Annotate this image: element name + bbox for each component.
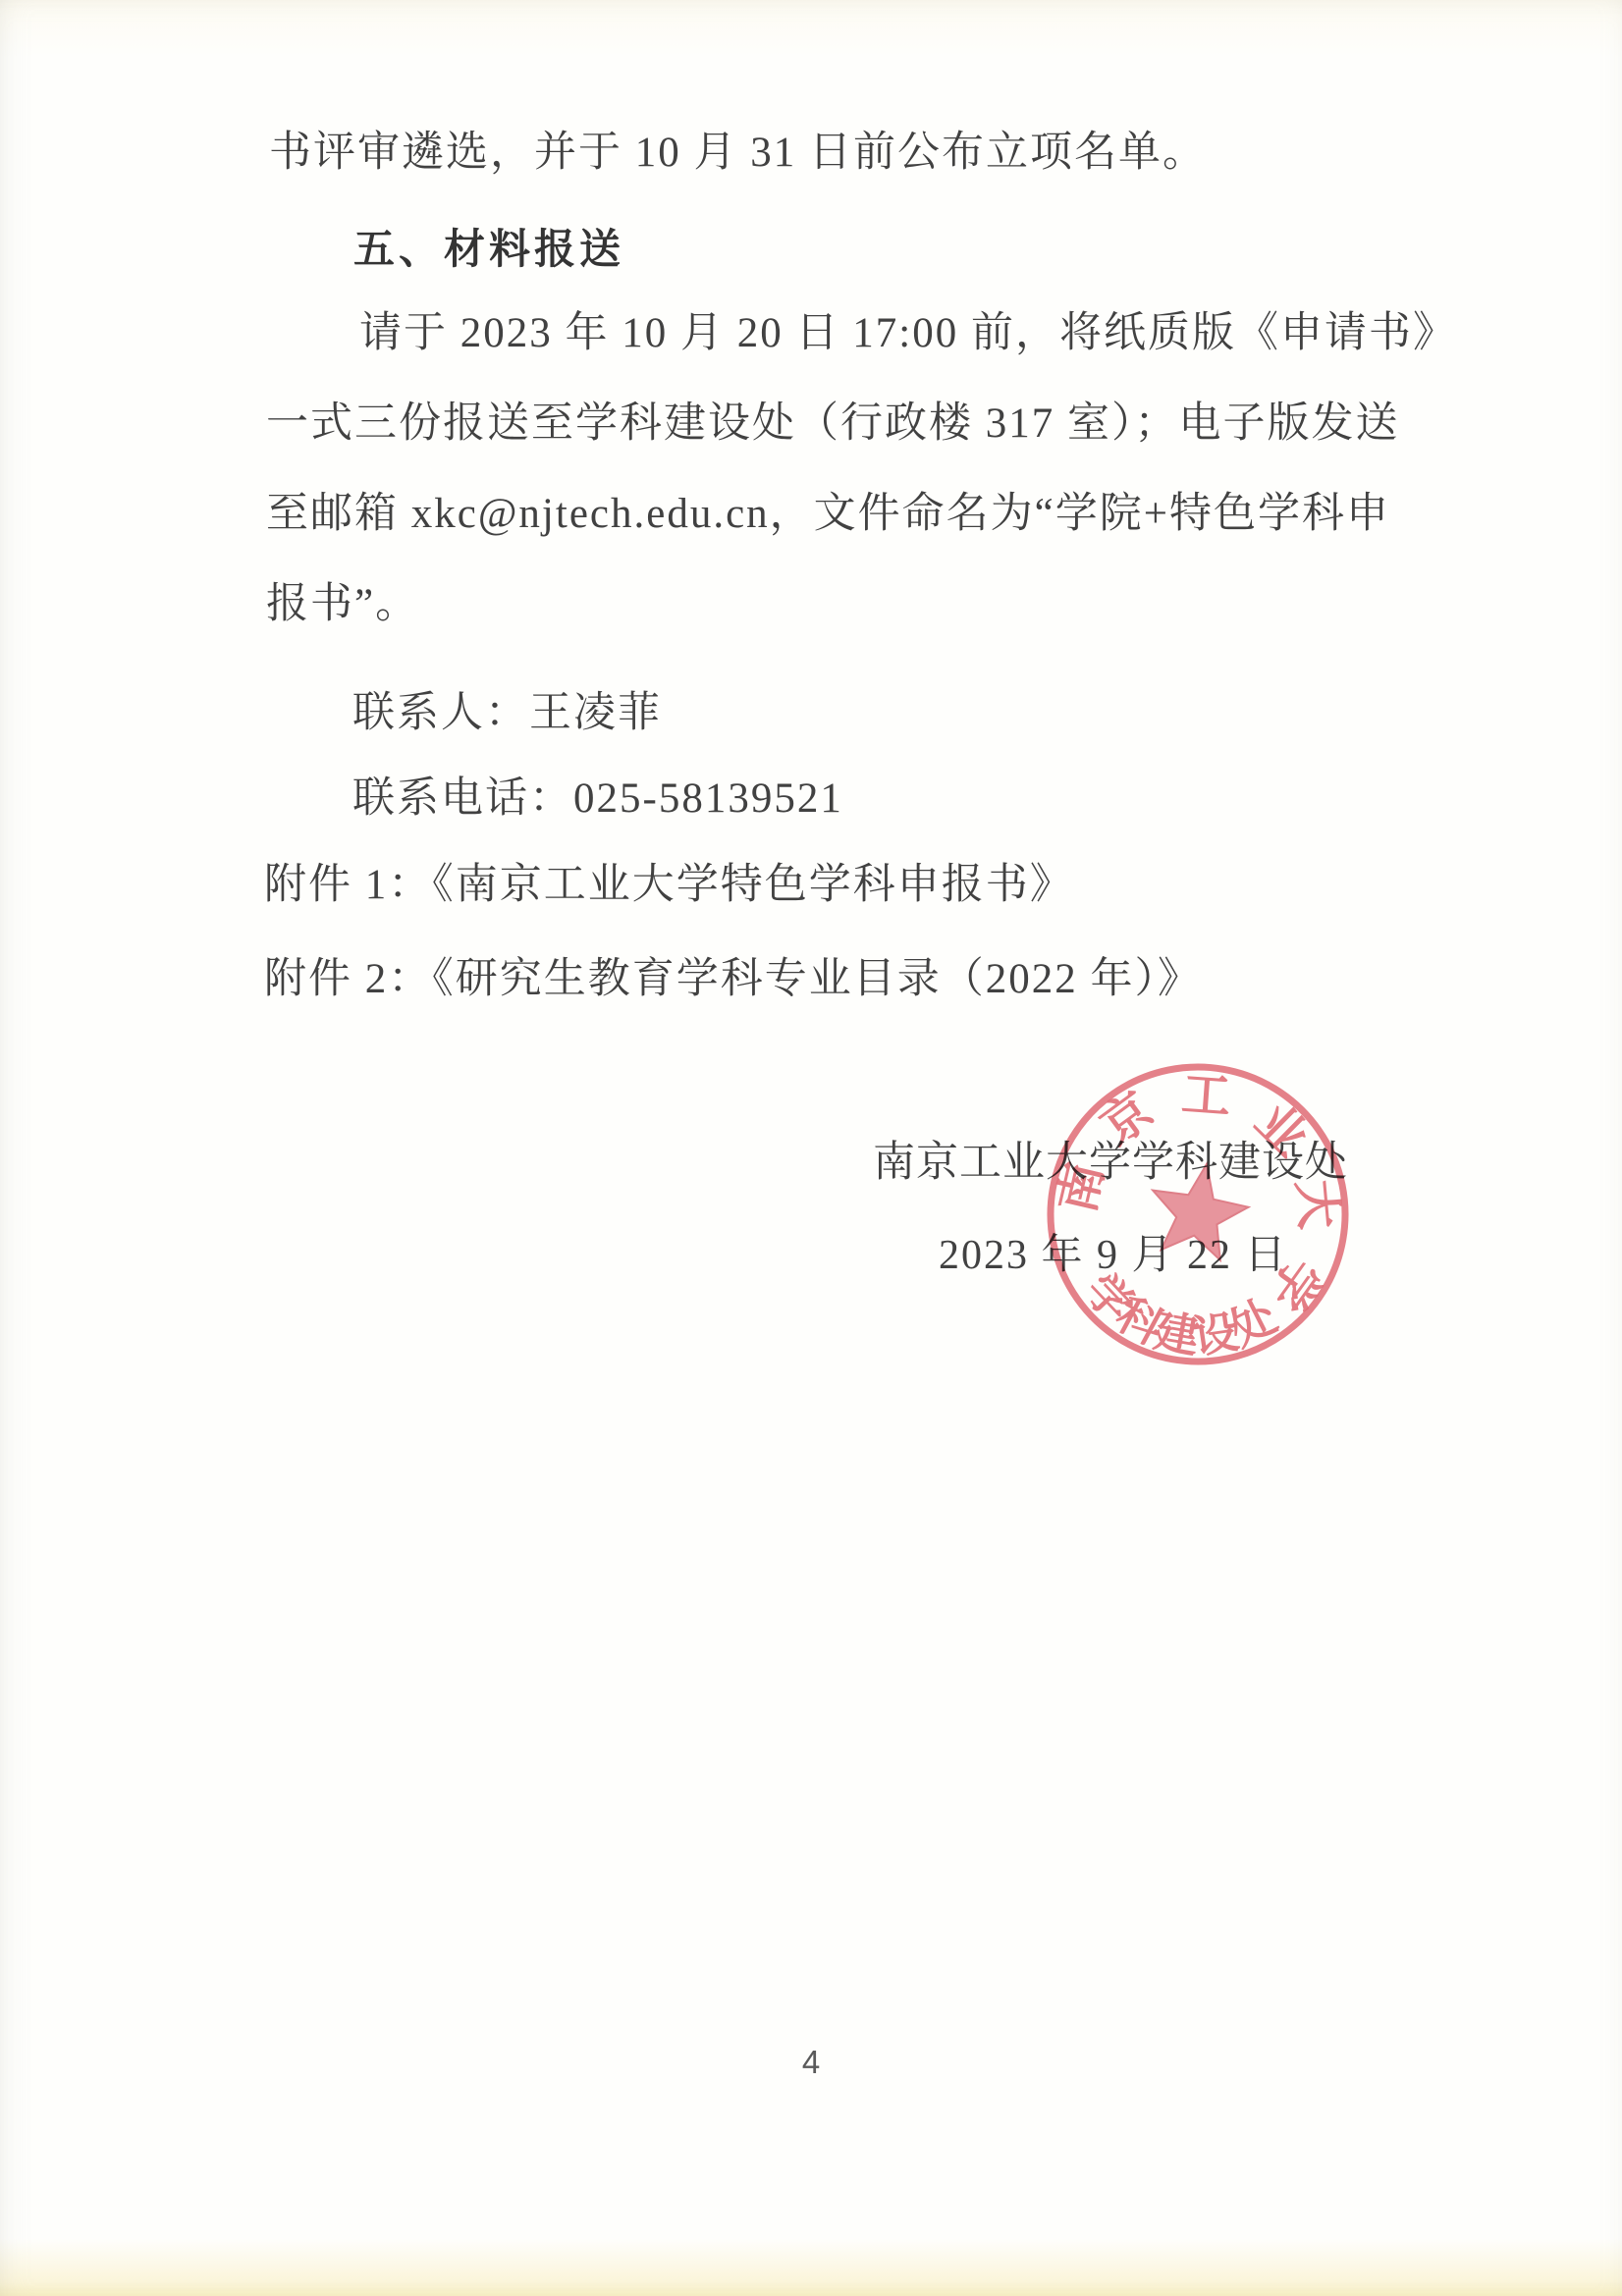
contact-phone-line: 联系电话：025-58139521 (352, 774, 843, 823)
attachment-1-line: 附件 1：《南京工业大学特色学科申报书》 (264, 861, 1074, 909)
official-seal-stamp: 南京工业大学 学科建设处 (1031, 1047, 1365, 1381)
attachment-2-line: 附件 2：《研究生教育学科专业目录（2022 年）》 (264, 955, 1202, 1003)
submission-paragraph-line: 至邮箱 xkc@njtech.edu.cn，文件命名为“学院+特色学科申 (266, 490, 1390, 538)
paragraph-overflow-line: 书评审遴选，并于 10 月 31 日前公布立项名单。 (269, 129, 1207, 177)
svg-text:学科建设处: 学科建设处 (1068, 1258, 1291, 1377)
seal-bottom-text: 学科建设处 (1068, 1258, 1291, 1377)
submission-paragraph-line: 报书”。 (266, 580, 419, 628)
submission-paragraph-line: 请于 2023 年 10 月 20 日 17:00 前，将纸质版《申请书》 (359, 309, 1457, 357)
seal-star-icon (1143, 1155, 1255, 1263)
section-heading: 五、材料报送 (353, 226, 624, 273)
page-number: 4 (0, 2044, 1622, 2081)
submission-paragraph-line: 一式三份报送至学科建设处（行政楼 317 室）；电子版发送 (266, 400, 1400, 448)
contact-person-line: 联系人：王凌菲 (352, 689, 662, 737)
scanned-document-page: 书评审遴选，并于 10 月 31 日前公布立项名单。 五、材料报送 请于 202… (0, 0, 1622, 2296)
